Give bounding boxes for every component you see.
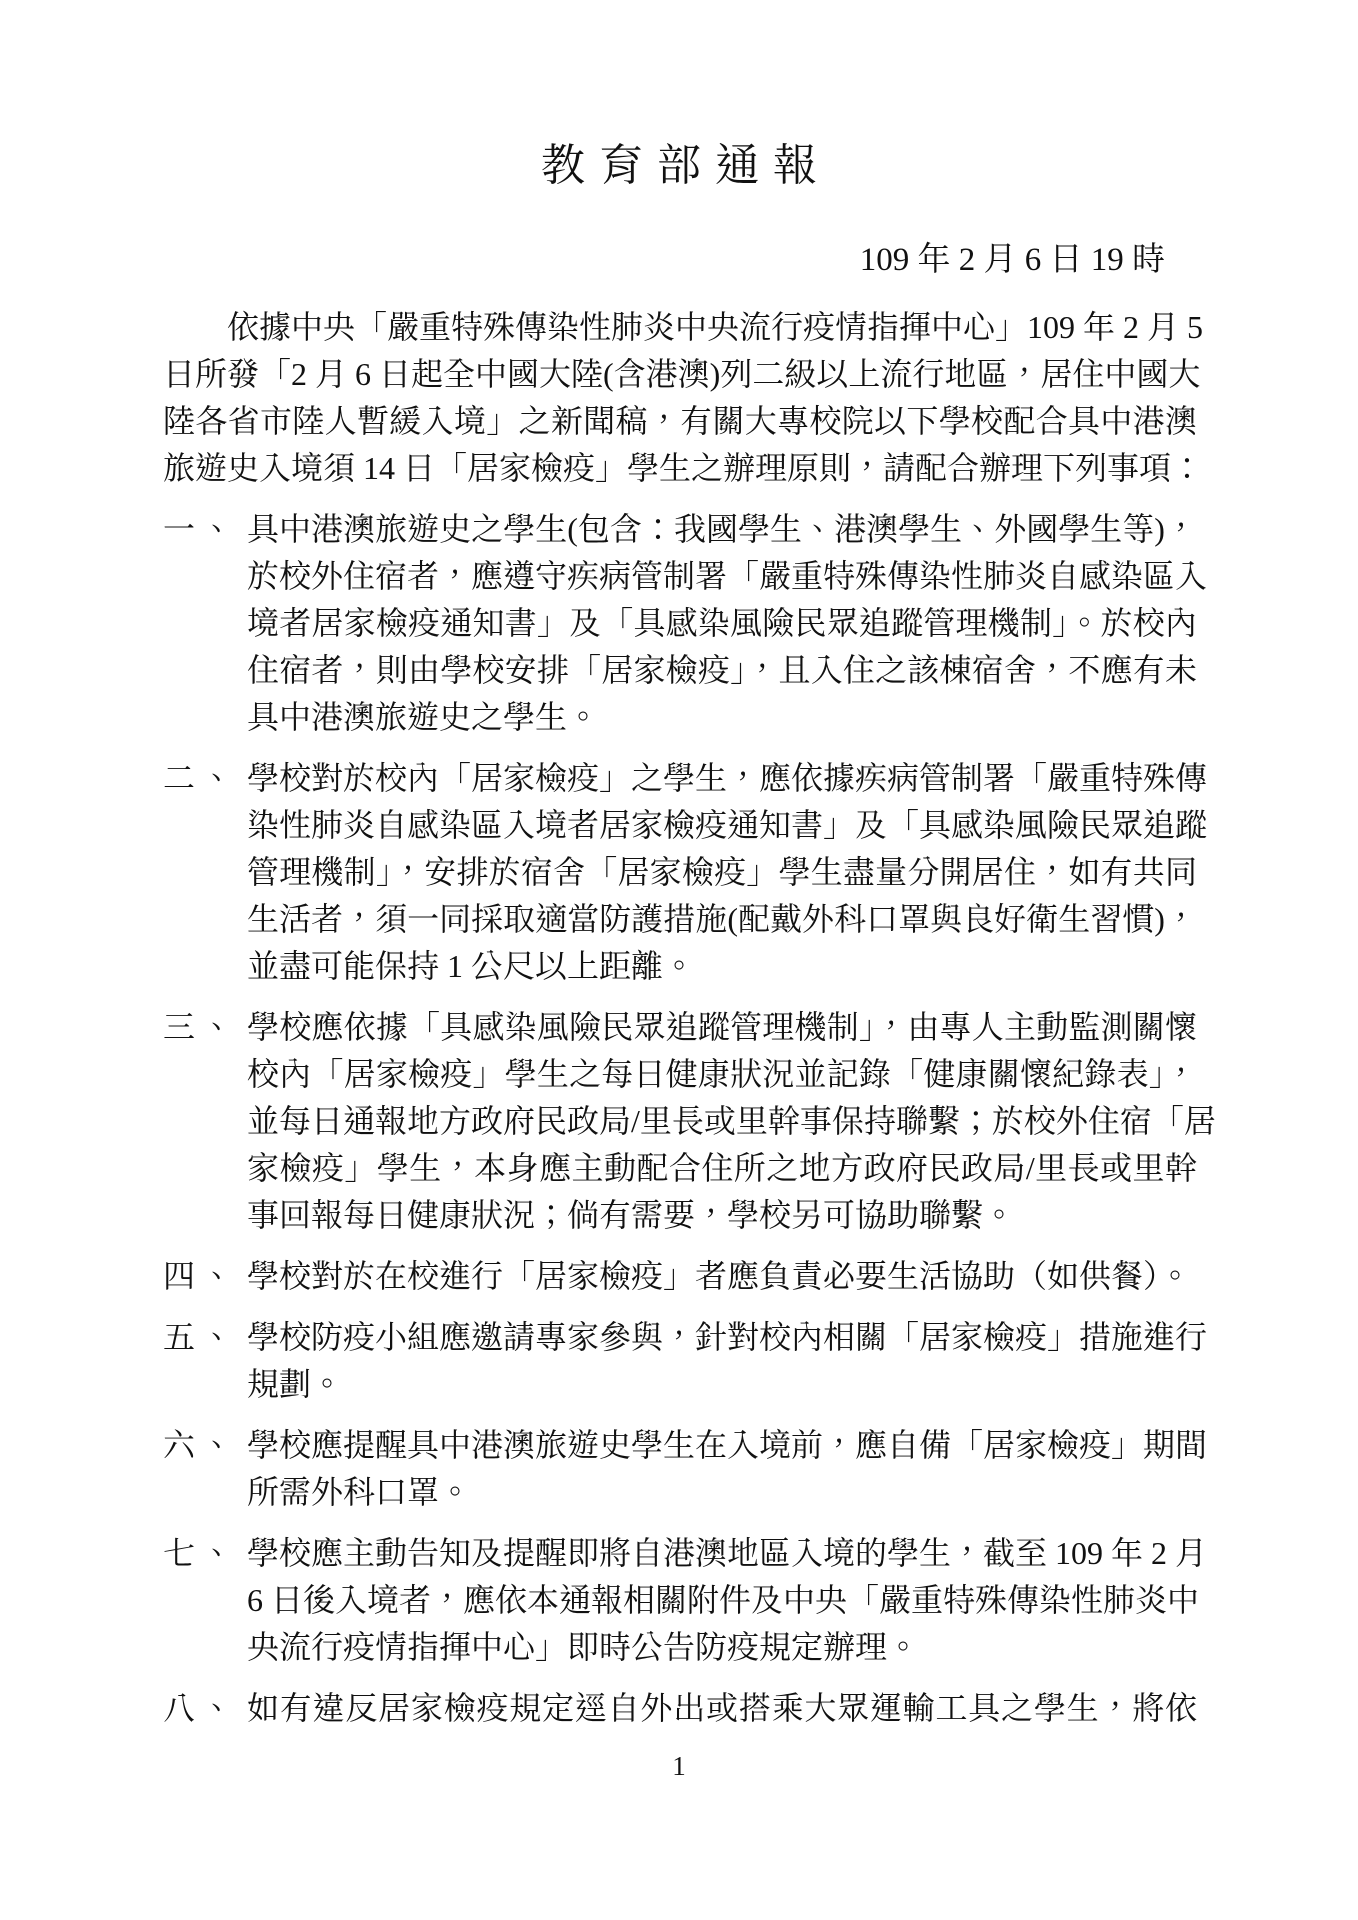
- intro-line: 旅遊史入境須 14 日「居家檢疫」學生之辦理原則，請配合辦理下列事項：: [163, 445, 1197, 492]
- item-line: 並每日通報地方政府民政局/里長或里幹事保持聯繫；於校外住宿「居: [247, 1098, 1197, 1145]
- intro-line: 日所發「2 月 6 日起全中國大陸(含港澳)列二級以上流行地區，居住中國大: [163, 351, 1197, 398]
- item-line: 學校應提醒具中港澳旅遊史學生在入境前，應自備「居家檢疫」期間: [247, 1422, 1197, 1469]
- item-number: 五、: [163, 1314, 247, 1408]
- item-text: 學校對於校內「居家檢疫」之學生，應依據疾病管制署「嚴重特殊傳 染性肺炎自感染區入…: [247, 755, 1197, 990]
- list-item-6: 六、 學校應提醒具中港澳旅遊史學生在入境前，應自備「居家檢疫」期間 所需外科口罩…: [163, 1422, 1197, 1516]
- item-line: 家檢疫」學生，本身應主動配合住所之地方政府民政局/里長或里幹: [247, 1145, 1197, 1192]
- item-text: 學校應主動告知及提醒即將自港澳地區入境的學生，截至 109 年 2 月 6 日後…: [247, 1530, 1197, 1671]
- item-text: 如有違反居家檢疫規定逕自外出或搭乘大眾運輸工具之學生，將依: [247, 1685, 1197, 1732]
- item-line: 規劃。: [247, 1361, 1197, 1408]
- item-text: 學校防疫小組應邀請專家參與，針對校內相關「居家檢疫」措施進行 規劃。: [247, 1314, 1197, 1408]
- item-line: 校內「居家檢疫」學生之每日健康狀況並記錄「健康關懷紀錄表」，: [247, 1051, 1197, 1098]
- item-number: 二、: [163, 755, 247, 990]
- list-item-4: 四、 學校對於在校進行「居家檢疫」者應負責必要生活協助（如供餐）。: [163, 1253, 1197, 1300]
- intro-paragraph: 依據中央「嚴重特殊傳染性肺炎中央流行疫情指揮中心」109 年 2 月 5 日所發…: [163, 304, 1197, 492]
- intro-line: 陸各省市陸人暫緩入境」之新聞稿，有關大專校院以下學校配合具中港澳: [163, 398, 1197, 445]
- item-line: 於校外住宿者，應遵守疾病管制署「嚴重特殊傳染性肺炎自感染區入: [247, 553, 1197, 600]
- item-line: 並盡可能保持 1 公尺以上距離。: [247, 943, 1197, 990]
- item-number: 一、: [163, 506, 247, 741]
- item-number: 八、: [163, 1685, 247, 1732]
- list-item-3: 三、 學校應依據「具感染風險民眾追蹤管理機制」，由專人主動監測關懷 校內「居家檢…: [163, 1004, 1197, 1239]
- item-line: 管理機制」，安排於宿舍「居家檢疫」學生盡量分開居住，如有共同: [247, 849, 1197, 896]
- list-item-5: 五、 學校防疫小組應邀請專家參與，針對校內相關「居家檢疫」措施進行 規劃。: [163, 1314, 1197, 1408]
- item-line: 具中港澳旅遊史之學生。: [247, 694, 1197, 741]
- item-number: 四、: [163, 1253, 247, 1300]
- item-line: 具中港澳旅遊史之學生(包含：我國學生、港澳學生、外國學生等)，: [247, 506, 1197, 553]
- item-line: 生活者，須一同採取適當防護措施(配戴外科口罩與良好衛生習慣)，: [247, 896, 1197, 943]
- item-number: 六、: [163, 1422, 247, 1516]
- item-line: 央流行疫情指揮中心」即時公告防疫規定辦理。: [247, 1624, 1197, 1671]
- document-body: 依據中央「嚴重特殊傳染性肺炎中央流行疫情指揮中心」109 年 2 月 5 日所發…: [163, 304, 1197, 1732]
- item-text: 具中港澳旅遊史之學生(包含：我國學生、港澳學生、外國學生等)， 於校外住宿者，應…: [247, 506, 1197, 741]
- item-line: 住宿者，則由學校安排「居家檢疫」，且入住之該棟宿舍，不應有未: [247, 647, 1197, 694]
- item-text: 學校對於在校進行「居家檢疫」者應負責必要生活協助（如供餐）。: [247, 1253, 1197, 1300]
- list-item-1: 一、 具中港澳旅遊史之學生(包含：我國學生、港澳學生、外國學生等)， 於校外住宿…: [163, 506, 1197, 741]
- list-item-7: 七、 學校應主動告知及提醒即將自港澳地區入境的學生，截至 109 年 2 月 6…: [163, 1530, 1197, 1671]
- item-line: 學校對於在校進行「居家檢疫」者應負責必要生活協助（如供餐）。: [247, 1253, 1197, 1300]
- item-text: 學校應提醒具中港澳旅遊史學生在入境前，應自備「居家檢疫」期間 所需外科口罩。: [247, 1422, 1197, 1516]
- item-line: 如有違反居家檢疫規定逕自外出或搭乘大眾運輸工具之學生，將依: [247, 1685, 1197, 1732]
- item-number: 七、: [163, 1530, 247, 1671]
- item-line: 所需外科口罩。: [247, 1469, 1197, 1516]
- page-number: 1: [0, 1750, 1358, 1782]
- list-item-2: 二、 學校對於校內「居家檢疫」之學生，應依據疾病管制署「嚴重特殊傳 染性肺炎自感…: [163, 755, 1197, 990]
- intro-line: 依據中央「嚴重特殊傳染性肺炎中央流行疫情指揮中心」109 年 2 月 5: [163, 304, 1197, 351]
- item-line: 學校應依據「具感染風險民眾追蹤管理機制」，由專人主動監測關懷: [247, 1004, 1197, 1051]
- item-line: 事回報每日健康狀況；倘有需要，學校另可協助聯繫。: [247, 1192, 1197, 1239]
- item-line: 6 日後入境者，應依本通報相關附件及中央「嚴重特殊傳染性肺炎中: [247, 1577, 1197, 1624]
- item-number: 三、: [163, 1004, 247, 1239]
- item-line: 學校應主動告知及提醒即將自港澳地區入境的學生，截至 109 年 2 月: [247, 1530, 1197, 1577]
- item-line: 學校對於校內「居家檢疫」之學生，應依據疾病管制署「嚴重特殊傳: [247, 755, 1197, 802]
- document-title: 教育部通報: [0, 138, 1358, 194]
- document-datetime: 109 年 2 月 6 日 19 時: [0, 240, 1358, 280]
- item-line: 境者居家檢疫通知書」及「具感染風險民眾追蹤管理機制」。於校內: [247, 600, 1197, 647]
- document-page: 教育部通報 109 年 2 月 6 日 19 時 依據中央「嚴重特殊傳染性肺炎中…: [0, 0, 1358, 1920]
- item-line: 學校防疫小組應邀請專家參與，針對校內相關「居家檢疫」措施進行: [247, 1314, 1197, 1361]
- item-text: 學校應依據「具感染風險民眾追蹤管理機制」，由專人主動監測關懷 校內「居家檢疫」學…: [247, 1004, 1197, 1239]
- item-line: 染性肺炎自感染區入境者居家檢疫通知書」及「具感染風險民眾追蹤: [247, 802, 1197, 849]
- list-item-8: 八、 如有違反居家檢疫規定逕自外出或搭乘大眾運輸工具之學生，將依: [163, 1685, 1197, 1732]
